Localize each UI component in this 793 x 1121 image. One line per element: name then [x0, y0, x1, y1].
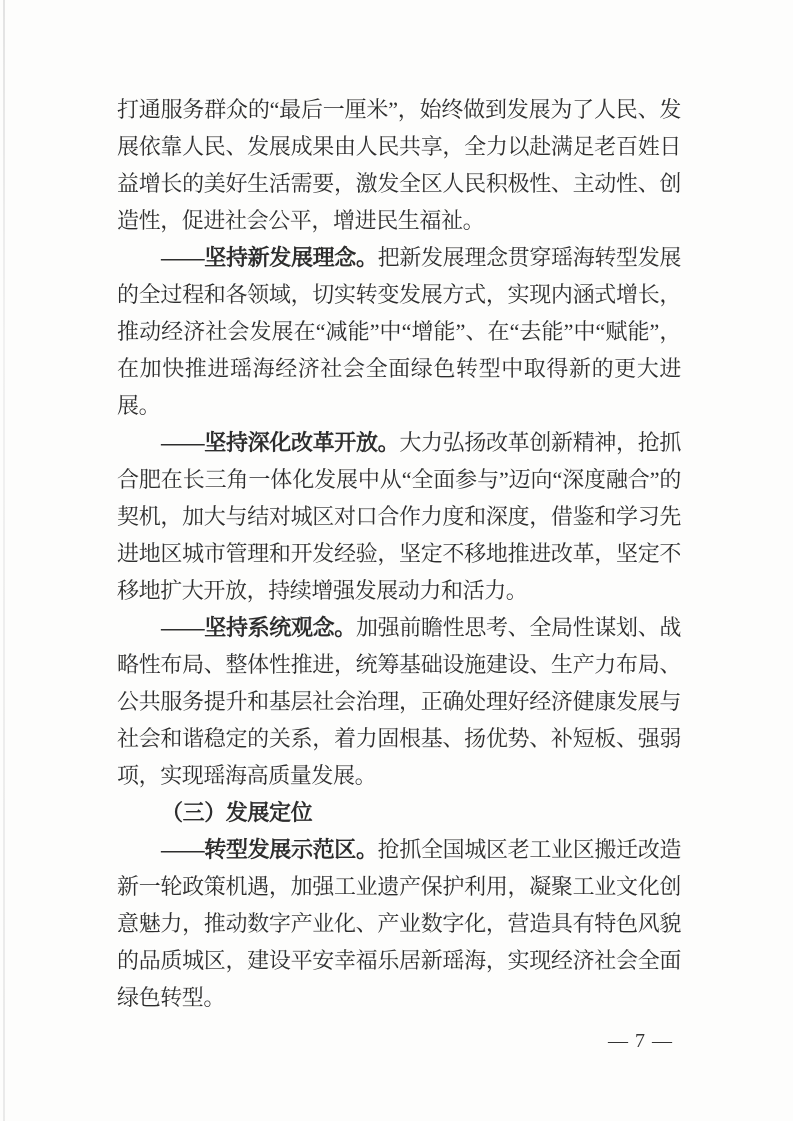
paragraph-lead: ——坚持新发展理念。 [161, 245, 378, 270]
paragraph-text: 抢抓全国城区老工业区搬迁改造新一轮政策机遇，加强工业遗产保护利用，凝聚工业文化创… [117, 837, 681, 1010]
paragraph-lead: ——转型发展示范区。 [161, 837, 378, 862]
paragraph-text: 大力弘扬改革创新精神，抢抓合肥在长三角一体化发展中从“全面参与”迈向“深度融合”… [117, 430, 681, 603]
paragraph-lead: ——坚持系统观念。 [161, 615, 356, 640]
paragraph-text: 加强前瞻性思考、全局性谋划、战略性布局、整体性推进，统筹基础设施建设、生产力布局… [117, 615, 681, 788]
document-page: 打通服务群众的“最后一厘米”，始终做到发展为了人民、发展依靠人民、发展成果由人民… [0, 0, 793, 1121]
paragraph-system-concept: ——坚持系统观念。加强前瞻性思考、全局性谋划、战略性布局、整体性推进，统筹基础设… [117, 609, 681, 794]
paragraph-transformation-demo-zone: ——转型发展示范区。抢抓全国城区老工业区搬迁改造新一轮政策机遇，加强工业遗产保护… [117, 831, 681, 1016]
paragraph-new-development-concept: ——坚持新发展理念。把新发展理念贯穿瑶海转型发展的全过程和各领域，切实转变发展方… [117, 239, 681, 424]
scan-edge-artifact [3, 0, 5, 1121]
paragraph-text: 把新发展理念贯穿瑶海转型发展的全过程和各领域，切实转变发展方式，实现内涵式增长，… [117, 245, 681, 418]
paragraph-deepen-reform-opening: ——坚持深化改革开放。大力弘扬改革创新精神，抢抓合肥在长三角一体化发展中从“全面… [117, 424, 681, 609]
document-body: 打通服务群众的“最后一厘米”，始终做到发展为了人民、发展依靠人民、发展成果由人民… [117, 91, 681, 1016]
paragraph-text: 打通服务群众的“最后一厘米”，始终做到发展为了人民、发展依靠人民、发展成果由人民… [117, 97, 681, 233]
paragraph-lead: ——坚持深化改革开放。 [161, 430, 399, 455]
page-number: — 7 — [608, 1029, 673, 1053]
paragraph-continuation: 打通服务群众的“最后一厘米”，始终做到发展为了人民、发展依靠人民、发展成果由人民… [117, 91, 681, 239]
section-heading-development-positioning: （三）发展定位 [117, 794, 681, 831]
